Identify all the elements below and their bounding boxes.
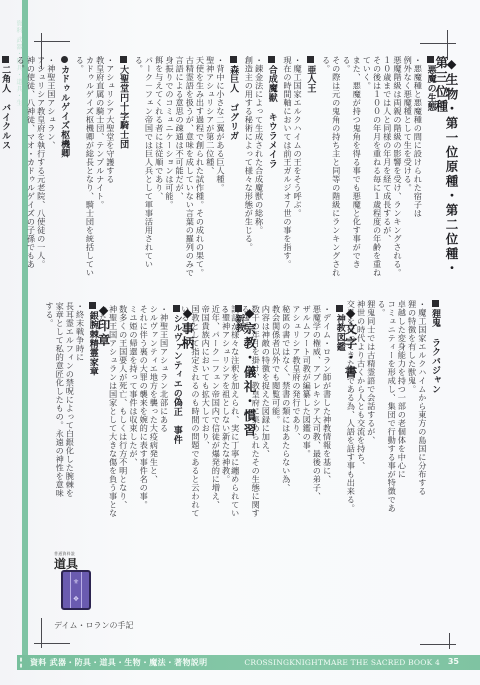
- entry-line: アシュリシア教皇府の発行であり、: [292, 305, 302, 525]
- entry-line: 天使を生み出す過程で創られた試作種。その成れの果て。: [195, 56, 205, 281]
- entry-line: 帝国貴族内においても拡大しており、: [201, 305, 211, 525]
- entry-kiurameira: 合成魔獣 キウラメイラ ・錬金法によって生成された合成魔獣の総称。 創造主の用す…: [244, 56, 277, 281]
- entry-line: また、悪魔が持つ鬼角を得る事でも悪魔と化す事ができる。: [342, 56, 362, 281]
- entry-line: ・錬金法によって生成された合成魔獣の総称。: [254, 56, 264, 281]
- entry-line: ・聖神アシュリシアを祖としない新たな神教。: [221, 305, 231, 525]
- entry-line: 悪魔学の権威、アブレキシア大司教、最後の弟子、: [312, 305, 322, 525]
- entry-line: 創造主の用する秘術によって様々な形態が生じる。: [244, 56, 254, 281]
- entry-line: ・アシュリシア大聖堂を守護する: [106, 56, 116, 281]
- entry-line: 教会関係者以外でも閲覧可能。: [271, 305, 281, 525]
- entry-line: 近年、パーク－フェン帝国内で信徒が爆発的に増え、: [211, 305, 221, 525]
- entry-heading: 合成魔獣 キウラメイラ: [267, 56, 277, 281]
- entry-line: 内容は神敵の特徴を捉えた図録に加え、: [261, 305, 271, 525]
- entry-line: ・神聖王国アシュラン北部にある: [159, 305, 169, 525]
- entry-line: 教皇府直属の騎士団、テンプルナイト。: [96, 56, 106, 281]
- entry-line: ・神聖王国アシュラン、: [47, 56, 57, 281]
- entry-line: ・魔工国家エルクハイムから東方の島国に分布する: [418, 300, 428, 525]
- entry-heading: 狸鬼 ラクバジャン: [430, 300, 440, 525]
- entry-line: それに伴う裏の大罪の襲来を婉的に表す事件名の事。: [139, 305, 149, 525]
- entry-heading: カドゥルゲイズ枢機卿: [59, 56, 69, 281]
- entry-line: 家章として私的意匠化したもの。永遠の神性を意味する。: [45, 302, 65, 502]
- entry-heading: 悪魔の生態: [425, 56, 435, 281]
- entry-rakubajan: 狸鬼 ラクバジャン ・魔工国家エルクハイムから東方の島国に分布する 狸の特徴を有…: [346, 300, 440, 525]
- entry-heading: 森巨人 ゴグリガ: [228, 56, 238, 281]
- square-bullet-icon: [235, 305, 242, 312]
- square-bullet-icon: [432, 300, 439, 307]
- crop-mark-top-right-h: [420, 43, 456, 44]
- entry-line: 身振りでのコミュニケーションは可能。: [165, 56, 175, 281]
- square-bullet-icon: [336, 305, 343, 312]
- entry-line: 神の使徒、八神徒、マオ・カドゥルゲイズの子孫でもある。: [16, 56, 36, 281]
- entry-line: パーク－フェン帝国では巨人兵として軍事活用されている。: [134, 56, 154, 281]
- crop-mark-bottom-left-h: [34, 643, 70, 644]
- section-title: ◆事柄: [182, 305, 192, 525]
- entry-ajinou: 亜人王 ・魔工国家エルクハイムの王をそう呼ぶ。 現在の時間軸においては前王ガルジ…: [283, 56, 316, 281]
- item-caption: デイム・ロランの手記: [54, 620, 133, 631]
- crop-mark-bottom-right-h: [420, 644, 456, 645]
- square-bullet-icon: [120, 56, 127, 63]
- entry-line: ・デイム・ロラン師が書した神教情報を基に、: [322, 305, 332, 525]
- section-creatures: ◆生物・第一位原種・第二位種・第三位種 悪魔の生態 ・悪魔種と悪魔種の間に設けら…: [0, 56, 456, 281]
- square-bullet-icon: [89, 302, 96, 309]
- entry-line: 聖神アシュリシアが第二位種、: [206, 56, 216, 281]
- entry-line: コミュニティーを形成し、集団で行動する事が特徴である。: [377, 300, 397, 525]
- entry-line: 数多くの王国要人が死亡、もしくは行方不明となり、: [119, 305, 129, 525]
- page: 資料 武器・防具・道具・生物・魔法・著物説明 ◆生物・第一位原種・第二位種・第三…: [0, 0, 480, 685]
- entry-line: カドゥルゲイズ枢機卿が総長となり、騎士団を統括している。: [75, 56, 95, 281]
- square-bullet-icon: [268, 56, 275, 63]
- entry-line: 古精霊語を扱うが、意味を成していない言葉の羅列のみで: [185, 56, 195, 281]
- entry-line: アシュリシア教皇府を執行する元老院、八使徒の一人。: [36, 56, 46, 281]
- entry-line: 卓越した変身能力を持つ一部の老個体を中心に: [397, 300, 407, 525]
- section-title: ◆文字・書: [345, 305, 355, 525]
- section-title: ◆生物・第一位原種・第二位種・第三位種: [436, 56, 456, 281]
- entry-line: ・終末戦争時に: [75, 302, 85, 502]
- square-bullet-icon: [307, 56, 314, 63]
- entry-line: 現在の時間軸においては前王ガルジオ７世の事を指す。: [283, 56, 293, 281]
- entry-line: その後は１００の年月を重ねる毎に１歳程度の年齢を重ねていく。: [362, 56, 382, 281]
- book-icon: ⚜ ❖: [61, 570, 91, 610]
- footer-mark: ▮▮: [18, 657, 24, 668]
- square-bullet-icon: [2, 56, 9, 63]
- footer-band: ▮▮ 資料 武器・防具・道具・生物・魔法・著物説明 CROSSINGKNIGHT…: [17, 655, 480, 670]
- entry-line: 例外なく悪魔種として生を受ける。: [403, 56, 413, 281]
- entry-heading: 亜人王: [305, 56, 315, 281]
- footer-book-title: CROSSINGKNIGHTMARE THE SACRED BOOK 4: [244, 658, 440, 667]
- square-bullet-icon: [230, 56, 237, 63]
- section-seals: ◆印章 銀腕棘精霊家章 ・終末戦争時に 長耳霊エルフィンの禁呪によって白銀化した…: [39, 302, 108, 502]
- entry-line: 秘匿の書ではなく、禁書の類にはあたらない為、: [282, 305, 292, 525]
- entry-heading: 二角人 バイクルス: [0, 56, 10, 281]
- fleur-ornament-icon: ⚜: [71, 579, 81, 586]
- square-bullet-icon: [173, 305, 180, 312]
- entry-gogriga: 森巨人 ゴグリガ ・背中に小さな二翼がある巨人種。 聖神アシュリシアが第二位種、…: [134, 56, 238, 281]
- entry-line: ・悪魔種と悪魔種の間に設けられた宿子は: [413, 56, 423, 281]
- entry-heading: 大聖堂円十字騎士団: [118, 56, 128, 281]
- entry-line: 狸鬼同士では古精霊語で会話するが、: [367, 300, 377, 525]
- entry-templar: 大聖堂円十字騎士団 ・アシュリシア大聖堂を守護する 教皇府直属の騎士団、テンプル…: [75, 56, 128, 281]
- entry-heading: 銀腕棘精霊家章: [88, 302, 98, 502]
- entry-line: １０歳までは人と同様の年月を経て成長するが、: [383, 56, 393, 281]
- entry-line: 言語による意思の疎通は不可能だが、: [175, 56, 185, 281]
- fleur-ornament-icon: ❖: [71, 596, 81, 603]
- entry-heading: 神教図鑑: [335, 305, 345, 525]
- entry-line: 長耳霊エルフィンの禁呪によって白銀化した腕棘を: [65, 302, 75, 502]
- section-title: ◆印章: [98, 302, 108, 502]
- entry-line: ミユ姫の帰還を持って事件は収束したが、: [129, 305, 139, 525]
- crop-mark-top-left-h: [34, 41, 70, 42]
- entry-line: 狸の特徴を有した獣鬼。: [407, 300, 417, 525]
- entry-line: ・魔工国家エルクハイムの王をそう呼ぶ。: [293, 56, 303, 281]
- square-bullet-icon: [427, 56, 434, 63]
- entry-bicorn: 二角人 バイクルス ・一角人ユニクルスの亜種で二角を持つ亜人。 角の多さに誇りを…: [0, 56, 10, 281]
- entry-line: 悪魔階級は両親の階級の影響を受け、ランキングされる。: [393, 56, 403, 281]
- entry-line: ザルムフート司教が編纂した図鑑の事。: [302, 305, 312, 525]
- footer-section-label: 資料 武器・防具・道具・生物・魔法・著物説明: [30, 657, 207, 668]
- crop-mark-bottom-right-v: [449, 633, 450, 649]
- circle-bullet-icon: [61, 56, 68, 63]
- page-number: 35: [448, 657, 459, 666]
- section-title: ◆宗教・儀礼・慣習: [244, 305, 254, 525]
- entry-akuma-seitai: 悪魔の生態 ・悪魔種と悪魔種の間に設けられた宿子は 例外なく悪魔種として生を受け…: [321, 56, 435, 281]
- entry-line: その際は元の鬼角の持ち主と同等の階級にランキングされる。: [321, 56, 341, 281]
- entry-line: シルヴァンティエ地方を襲った大疫病発生と、: [149, 305, 159, 525]
- entry-line: ・背中に小さな二翼がある巨人種。: [216, 56, 226, 281]
- entry-cardinal: カドゥルゲイズ枢機卿 ・神聖王国アシュラン、 アシュリシア教皇府を執行する元老院…: [16, 56, 69, 281]
- entry-heading: シルヴァンティエの偽正 事件: [172, 305, 182, 525]
- entry-line: 餌を与えてくれる者には従順であり、: [155, 56, 165, 281]
- crop-mark-bottom-left-v: [41, 618, 42, 648]
- entry-ginwan: 銀腕棘精霊家章 ・終末戦争時に 長耳霊エルフィンの禁呪によって白銀化した腕棘を …: [45, 302, 98, 502]
